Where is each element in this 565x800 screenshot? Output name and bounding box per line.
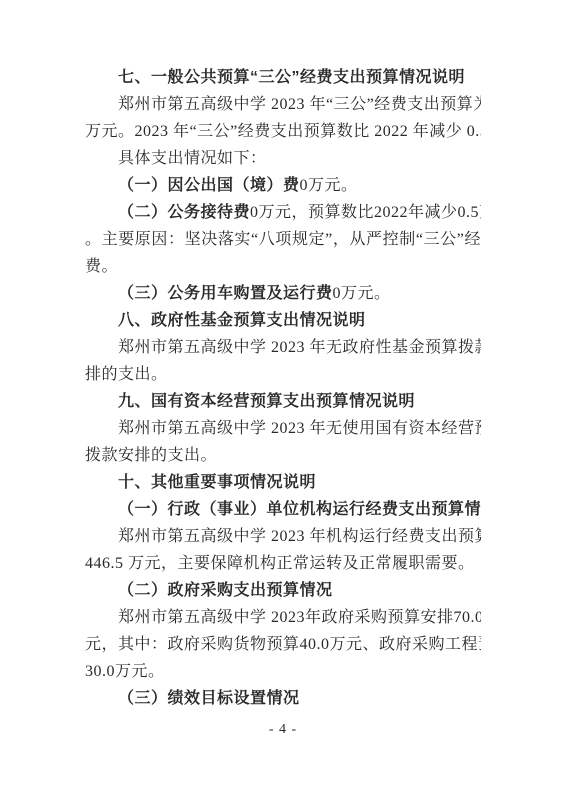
text-segment: 郑州市第五高级中学 2023 年无政府性基金预算拨款安 xyxy=(118,339,481,356)
body-text-line: 拨款安排的支出。 xyxy=(85,442,481,469)
text-segment: 拨款安排的支出。 xyxy=(85,447,217,464)
body-text-line: 具体支出情况如下： xyxy=(85,145,481,172)
body-text-line: 446.5 万元，主要保障机构正常运转及正常履职需要。 xyxy=(85,550,481,577)
text-segment: 具体支出情况如下： xyxy=(118,150,267,167)
text-segment: 排的支出。 xyxy=(85,366,168,383)
text-segment: 30.0万元。 xyxy=(85,663,165,680)
body-text-line: 郑州市第五高级中学 2023 年无政府性基金预算拨款安 xyxy=(85,334,481,361)
body-text-line: 。主要原因：坚决落实“八项规定”，从严控制“三公”经 xyxy=(85,226,481,253)
body-text-line: 郑州市第五高级中学 2023 年机构运行经费支出预算 xyxy=(85,523,481,550)
text-segment: 郑州市第五高级中学 2023 年无使用国有资本经营预算 xyxy=(118,420,481,437)
section-heading-7: 七、一般公共预算“三公”经费支出预算情况说明 xyxy=(85,64,481,91)
subsection-item-1: （一）因公出国（境）费0万元。 xyxy=(85,172,481,199)
heading-text: 七、一般公共预算“三公”经费支出预算情况说明 xyxy=(118,69,465,86)
heading-text: 八、政府性基金预算支出情况说明 xyxy=(118,312,366,329)
body-text-line: 郑州市第五高级中学 2023 年无使用国有资本经营预算 xyxy=(85,415,481,442)
subsection-label: （一）因公出国（境）费 xyxy=(118,177,300,194)
body-text-line: 费。 xyxy=(85,253,481,280)
text-segment: 郑州市第五高级中学 2023 年“三公”经费支出预算为 0 xyxy=(118,96,481,113)
body-text-line: 万元。2023 年“三公”经费支出预算数比 2022 年减少 0.5 万元。 xyxy=(85,118,481,145)
subsection-heading-1: （一）行政（事业）单位机构运行经费支出预算情况 xyxy=(85,496,481,523)
text-segment: 费。 xyxy=(85,258,118,275)
subsection-label: （三）公务用车购置及运行费 xyxy=(118,285,333,302)
heading-text: （三）绩效目标设置情况 xyxy=(118,690,300,707)
text-segment: 。主要原因：坚决落实“八项规定”，从严控制“三公”经 xyxy=(85,231,481,248)
section-heading-9: 九、国有资本经营预算支出预算情况说明 xyxy=(85,388,481,415)
heading-text: （一）行政（事业）单位机构运行经费支出预算情况 xyxy=(118,501,481,518)
heading-text: （二）政府采购支出预算情况 xyxy=(118,582,333,599)
subsection-heading-3: （三）绩效目标设置情况 xyxy=(85,685,481,712)
page-number: - 4 - xyxy=(85,722,481,738)
section-heading-10: 十、其他重要事项情况说明 xyxy=(85,469,481,496)
text-segment: 元，其中：政府采购货物预算40.0万元、政府采购工程预算 xyxy=(85,636,481,653)
section-heading-8: 八、政府性基金预算支出情况说明 xyxy=(85,307,481,334)
text-segment: 万元。2023 年“三公”经费支出预算数比 2022 年减少 0.5 万元。 xyxy=(85,123,481,140)
subsection-heading-2: （二）政府采购支出预算情况 xyxy=(85,577,481,604)
text-segment: 郑州市第五高级中学 2023年政府采购预算安排70.0万 xyxy=(118,609,481,626)
body-text-line: 郑州市第五高级中学 2023年政府采购预算安排70.0万 xyxy=(85,604,481,631)
subsection-label: （二）公务接待费 xyxy=(118,204,250,221)
body-text-line: 郑州市第五高级中学 2023 年“三公”经费支出预算为 0 xyxy=(85,91,481,118)
subsection-item-2: （二）公务接待费0万元，预算数比2022年减少0.5万元 xyxy=(85,199,481,226)
text-segment: 郑州市第五高级中学 2023 年机构运行经费支出预算 xyxy=(118,528,481,545)
heading-text: 十、其他重要事项情况说明 xyxy=(118,474,316,491)
text-block: 七、一般公共预算“三公”经费支出预算情况说明 郑州市第五高级中学 2023 年“… xyxy=(85,64,481,712)
document-page: 七、一般公共预算“三公”经费支出预算情况说明 郑州市第五高级中学 2023 年“… xyxy=(0,0,565,800)
body-text-line: 30.0万元。 xyxy=(85,658,481,685)
body-text-line: 排的支出。 xyxy=(85,361,481,388)
text-segment: 0万元，预算数比2022年减少0.5万元 xyxy=(250,204,481,221)
subsection-item-3: （三）公务用车购置及运行费0万元。 xyxy=(85,280,481,307)
text-segment: 0万元。 xyxy=(333,285,391,302)
body-text-line: 元，其中：政府采购货物预算40.0万元、政府采购工程预算 xyxy=(85,631,481,658)
heading-text: 九、国有资本经营预算支出预算情况说明 xyxy=(118,393,415,410)
text-segment: 0万元。 xyxy=(300,177,358,194)
text-segment: 446.5 万元，主要保障机构正常运转及正常履职需要。 xyxy=(85,555,475,572)
